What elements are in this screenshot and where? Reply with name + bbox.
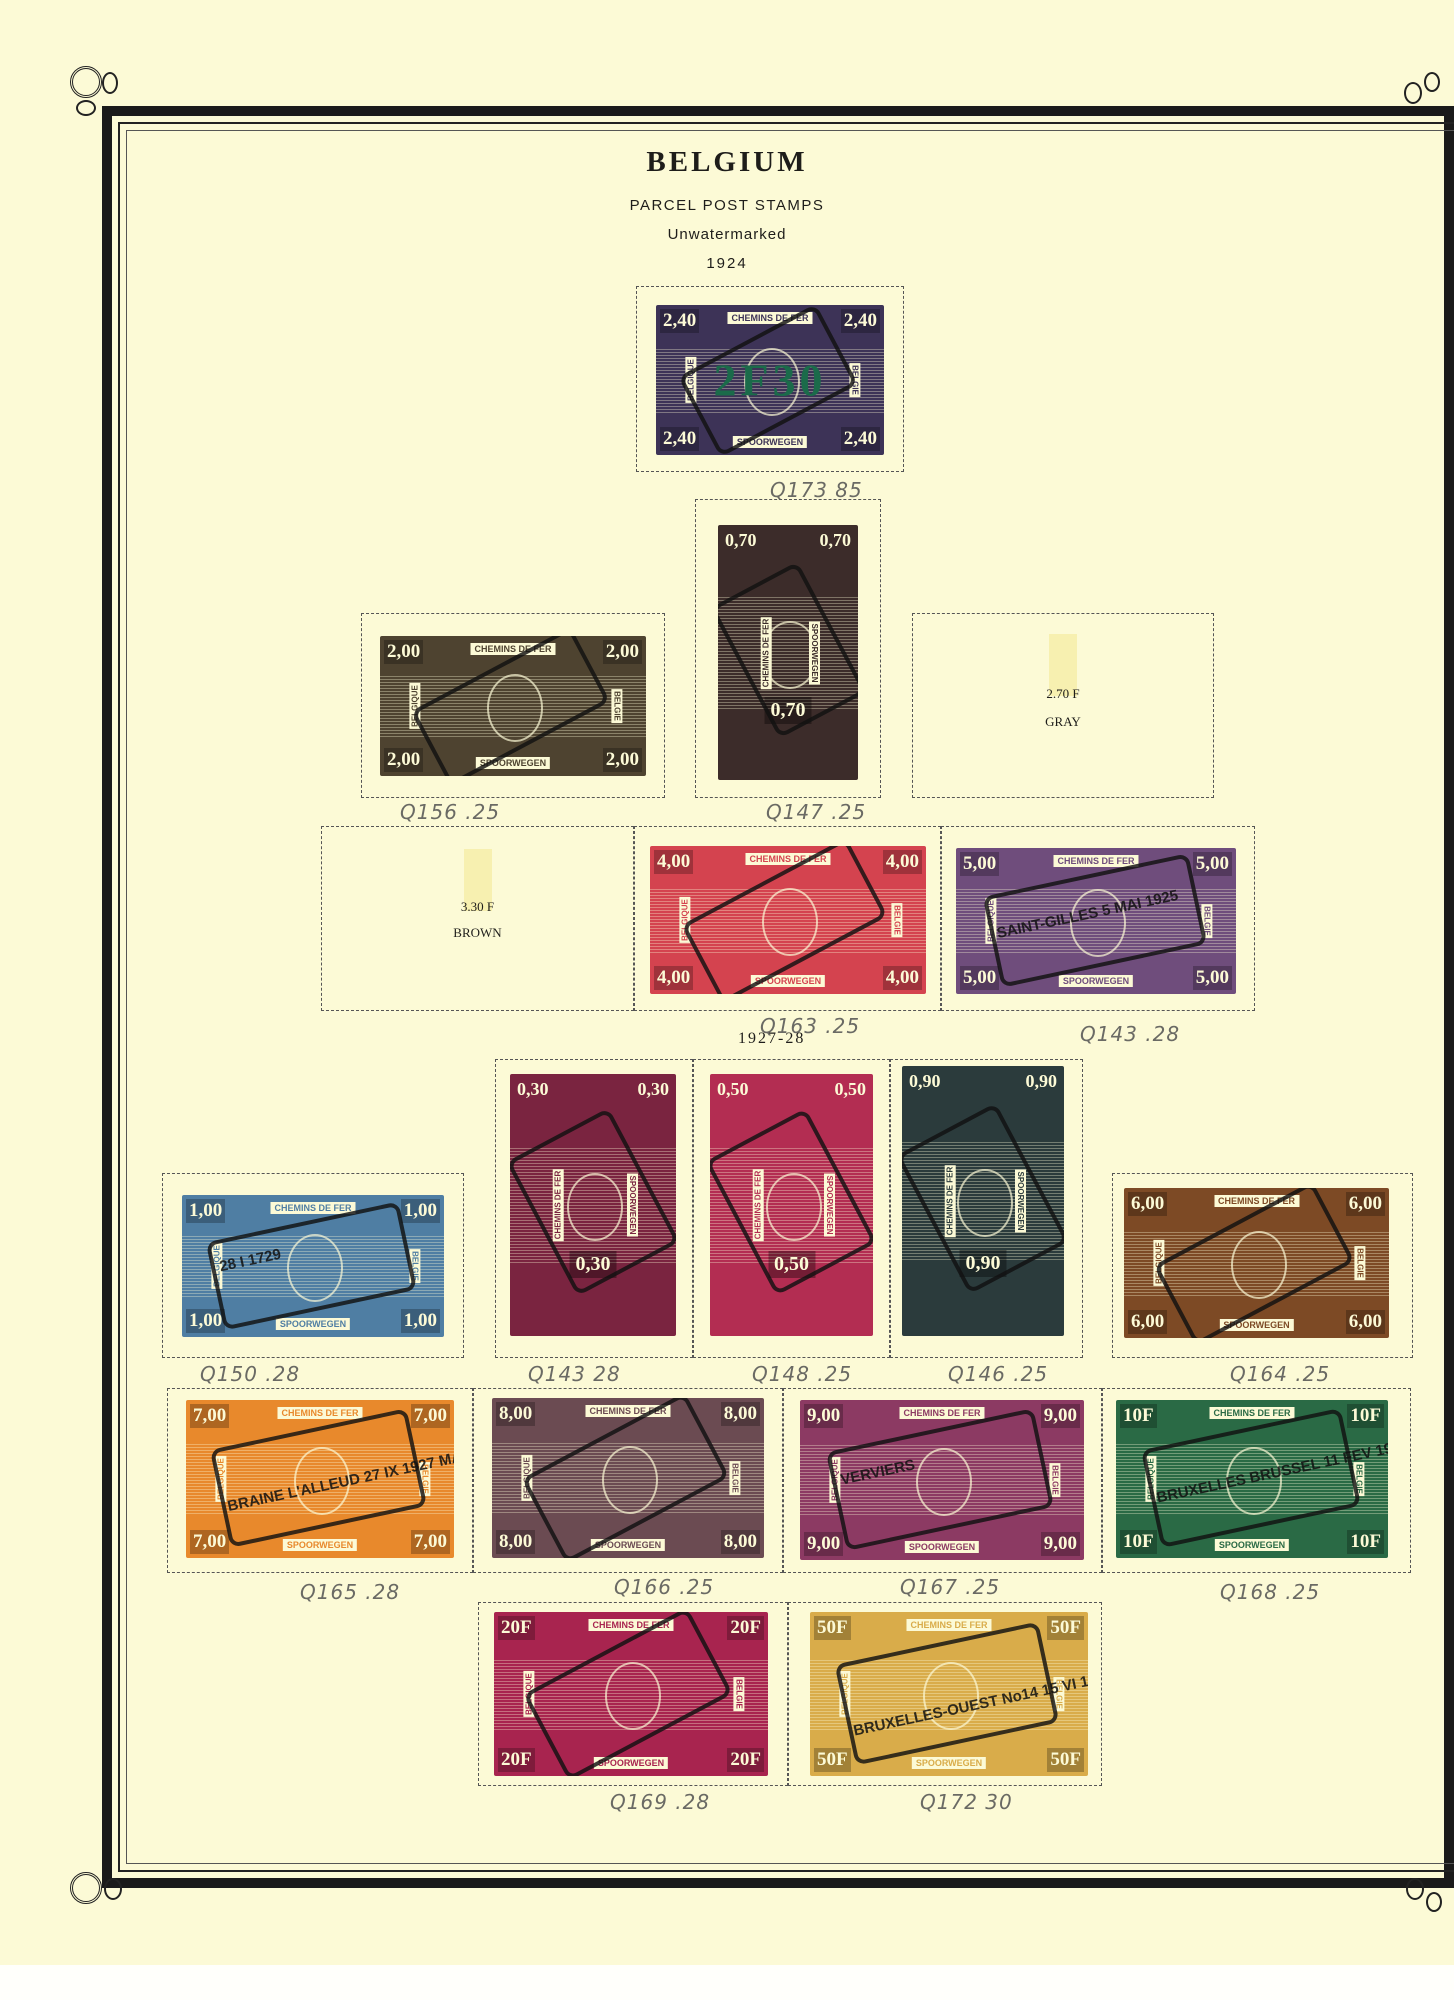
stamp-q166[interactable]: 8,008,008,008,00CHEMINS DE FERSPOORWEGEN…: [492, 1398, 764, 1558]
album-page: BELGIUM PARCEL POST STAMPS Unwatermarked…: [0, 0, 1454, 2000]
catalog-note-q168: Q168 .25: [1220, 1580, 1320, 1604]
catalog-note-q166: Q166 .25: [614, 1575, 714, 1599]
denomination: 5,00: [960, 966, 999, 990]
blank-value: 2.70 F: [913, 686, 1213, 702]
scan-edge: [0, 1965, 1454, 2000]
cancellation-box: [411, 636, 611, 776]
denomination: 6,00: [1128, 1310, 1167, 1334]
blank-value: 3.30 F: [322, 899, 633, 915]
stamp-q169[interactable]: 20F20F20F20FCHEMINS DE FERSPOORWEGENBELG…: [494, 1612, 768, 1776]
cancellation-box: [902, 1103, 1064, 1294]
denomination: 9,00: [1041, 1404, 1080, 1428]
denomination: 0,90: [1023, 1070, 1061, 1093]
denomination: 50F: [1047, 1616, 1084, 1640]
denomination: 0,50: [714, 1078, 752, 1101]
year-heading-1924: 1924: [0, 255, 1454, 272]
catalog-note-q164: Q164 .25: [1230, 1362, 1330, 1386]
denomination: 7,00: [190, 1530, 229, 1554]
side-text-right: BELGIE: [892, 903, 903, 937]
cancellation-box: [718, 561, 858, 738]
section-title: PARCEL POST STAMPS: [0, 197, 1454, 214]
catalog-note-q163: Q163 .25: [760, 1014, 860, 1038]
stamp-q163[interactable]: 4,004,004,004,00CHEMINS DE FERSPOORWEGEN…: [650, 846, 926, 994]
denomination: 10F: [1120, 1530, 1157, 1554]
stamp-q150[interactable]: 1,001,001,001,00CHEMINS DE FERSPOORWEGEN…: [182, 1195, 444, 1337]
denomination: 50F: [1047, 1748, 1084, 1772]
cancellation-box: [1153, 1188, 1355, 1338]
banner-bottom: SPOORWEGEN: [1059, 975, 1133, 987]
side-text-right: BELGIE: [1355, 1246, 1366, 1280]
side-text-right: BELGIE: [734, 1677, 745, 1711]
denomination: 0,90: [906, 1070, 944, 1093]
denomination: 0,50: [832, 1078, 870, 1101]
catalog-note-q146: Q146 .25: [948, 1362, 1048, 1386]
stamp-q147[interactable]: 0,700,700,70CHEMINS DE FERSPOORWEGEN: [718, 525, 858, 780]
stamp-q173[interactable]: 2,402,402,402,40CHEMINS DE FERSPOORWEGEN…: [656, 305, 884, 455]
corner-ornament-top-right-icon: [1394, 72, 1454, 132]
denomination: 2,40: [841, 309, 880, 333]
denomination: 9,00: [1041, 1532, 1080, 1556]
blank-space-2-70f: 2.70 F GRAY: [912, 613, 1214, 798]
denomination: 20F: [727, 1748, 764, 1772]
cancellation-box: [678, 305, 858, 455]
catalog-note-q167: Q167 .25: [900, 1575, 1000, 1599]
denomination: 50F: [814, 1616, 851, 1640]
corner-ornament-bottom-left-icon: [70, 1868, 130, 1928]
blank-space-3-30f: 3.30 F BROWN: [321, 826, 634, 1011]
catalog-note-q143a: Q143 .28: [1080, 1022, 1180, 1046]
denomination: 7,00: [411, 1530, 450, 1554]
banner-bottom: SPOORWEGEN: [283, 1539, 357, 1551]
catalog-note-q150: Q150 .28: [200, 1362, 300, 1386]
stamp-q164[interactable]: 6,006,006,006,00CHEMINS DE FERSPOORWEGEN…: [1124, 1188, 1389, 1338]
denomination: 20F: [498, 1616, 535, 1640]
denomination: 2,00: [384, 640, 423, 664]
denomination: 0,30: [514, 1078, 552, 1101]
denomination: 0,30: [635, 1078, 673, 1101]
denomination: 20F: [727, 1616, 764, 1640]
denomination: 10F: [1120, 1404, 1157, 1428]
stamp-q143a[interactable]: 5,005,005,005,00CHEMINS DE FERSPOORWEGEN…: [956, 848, 1236, 994]
stamp-q146[interactable]: 0,900,900,90CHEMINS DE FERSPOORWEGEN: [902, 1066, 1064, 1336]
denomination: 9,00: [804, 1532, 843, 1556]
denomination: 20F: [498, 1748, 535, 1772]
stamp-q172[interactable]: 50F50F50F50FCHEMINS DE FERSPOORWEGENBELG…: [810, 1612, 1088, 1776]
denomination: 5,00: [1193, 852, 1232, 876]
catalog-note-q143b: Q143 28: [528, 1362, 621, 1386]
banner-top: CHEMINS DE FER: [906, 1619, 991, 1631]
denomination: 6,00: [1128, 1192, 1167, 1216]
denomination: 6,00: [1346, 1192, 1385, 1216]
page-title: BELGIUM: [0, 146, 1454, 179]
denomination: 6,00: [1346, 1310, 1385, 1334]
banner-top: CHEMINS DE FER: [899, 1407, 984, 1419]
blank-color: BROWN: [322, 925, 633, 941]
denomination: 7,00: [411, 1404, 450, 1428]
cancellation-box: [521, 1398, 729, 1558]
cancellation-box: [510, 1108, 676, 1297]
watermark-subtitle: Unwatermarked: [0, 226, 1454, 243]
denomination: 2,40: [841, 427, 880, 451]
denomination: 2,00: [603, 640, 642, 664]
denomination: 9,00: [804, 1404, 843, 1428]
corner-ornament-top-left-icon: [70, 66, 130, 126]
denomination: 0,70: [817, 529, 855, 552]
banner-top: CHEMINS DE FER: [277, 1407, 362, 1419]
denomination: 4,00: [883, 850, 922, 874]
denomination: 10F: [1347, 1404, 1384, 1428]
catalog-note-q172: Q172 30: [920, 1790, 1013, 1814]
catalog-note-q156: Q156 .25: [400, 800, 500, 824]
banner-bottom: SPOORWEGEN: [276, 1318, 350, 1330]
denomination: 4,00: [654, 850, 693, 874]
corner-ornament-bottom-right-icon: [1394, 1872, 1454, 1932]
denomination: 2,00: [384, 748, 423, 772]
denomination: 1,00: [401, 1309, 440, 1333]
denomination: 2,00: [603, 748, 642, 772]
denomination: 8,00: [496, 1402, 535, 1426]
denomination: 7,00: [190, 1404, 229, 1428]
stamp-q167[interactable]: 9,009,009,009,00CHEMINS DE FERSPOORWEGEN…: [800, 1400, 1084, 1560]
denomination: 5,00: [960, 852, 999, 876]
catalog-note-q165: Q165 .28: [300, 1580, 400, 1604]
side-text-right: BELGIE: [730, 1461, 741, 1495]
denomination: 5,00: [1193, 966, 1232, 990]
stamp-q168[interactable]: 10F10F10F10FCHEMINS DE FERSPOORWEGENBELG…: [1116, 1400, 1388, 1558]
side-text-right: BELGIE: [612, 689, 623, 723]
stamp-q156[interactable]: 2,002,002,002,00CHEMINS DE FERSPOORWEGEN…: [380, 636, 646, 776]
stamp-q148[interactable]: 0,500,500,50CHEMINS DE FERSPOORWEGEN: [710, 1074, 873, 1336]
catalog-note-q148: Q148 .25: [752, 1362, 852, 1386]
stamp-q165[interactable]: 7,007,007,007,00CHEMINS DE FERSPOORWEGEN…: [186, 1400, 454, 1558]
denomination: 8,00: [496, 1530, 535, 1554]
denomination: 2,40: [660, 427, 699, 451]
denomination: 8,00: [721, 1530, 760, 1554]
catalog-note-q147: Q147 .25: [766, 800, 866, 824]
denomination: 4,00: [654, 966, 693, 990]
denomination: 0,70: [722, 529, 760, 552]
blank-color: GRAY: [913, 714, 1213, 730]
denomination: 8,00: [721, 1402, 760, 1426]
stamp-q143b[interactable]: 0,300,300,30CHEMINS DE FERSPOORWEGEN: [510, 1074, 676, 1336]
cancellation-box: [523, 1612, 733, 1776]
denomination: 1,00: [401, 1199, 440, 1223]
banner-top: CHEMINS DE FER: [1209, 1407, 1294, 1419]
cancellation-box: [681, 846, 888, 994]
catalog-note-q169: Q169 .28: [610, 1790, 710, 1814]
side-text-right: BELGIE: [1050, 1463, 1061, 1497]
banner-bottom: SPOORWEGEN: [1215, 1539, 1289, 1551]
banner-bottom: SPOORWEGEN: [905, 1541, 979, 1553]
cancellation-box: [710, 1109, 873, 1297]
denomination: 1,00: [186, 1309, 225, 1333]
denomination: 1,00: [186, 1199, 225, 1223]
denomination: 4,00: [883, 966, 922, 990]
denomination: 10F: [1347, 1530, 1384, 1554]
denomination: 2,40: [660, 309, 699, 333]
banner-bottom: SPOORWEGEN: [912, 1757, 986, 1769]
denomination: 50F: [814, 1748, 851, 1772]
